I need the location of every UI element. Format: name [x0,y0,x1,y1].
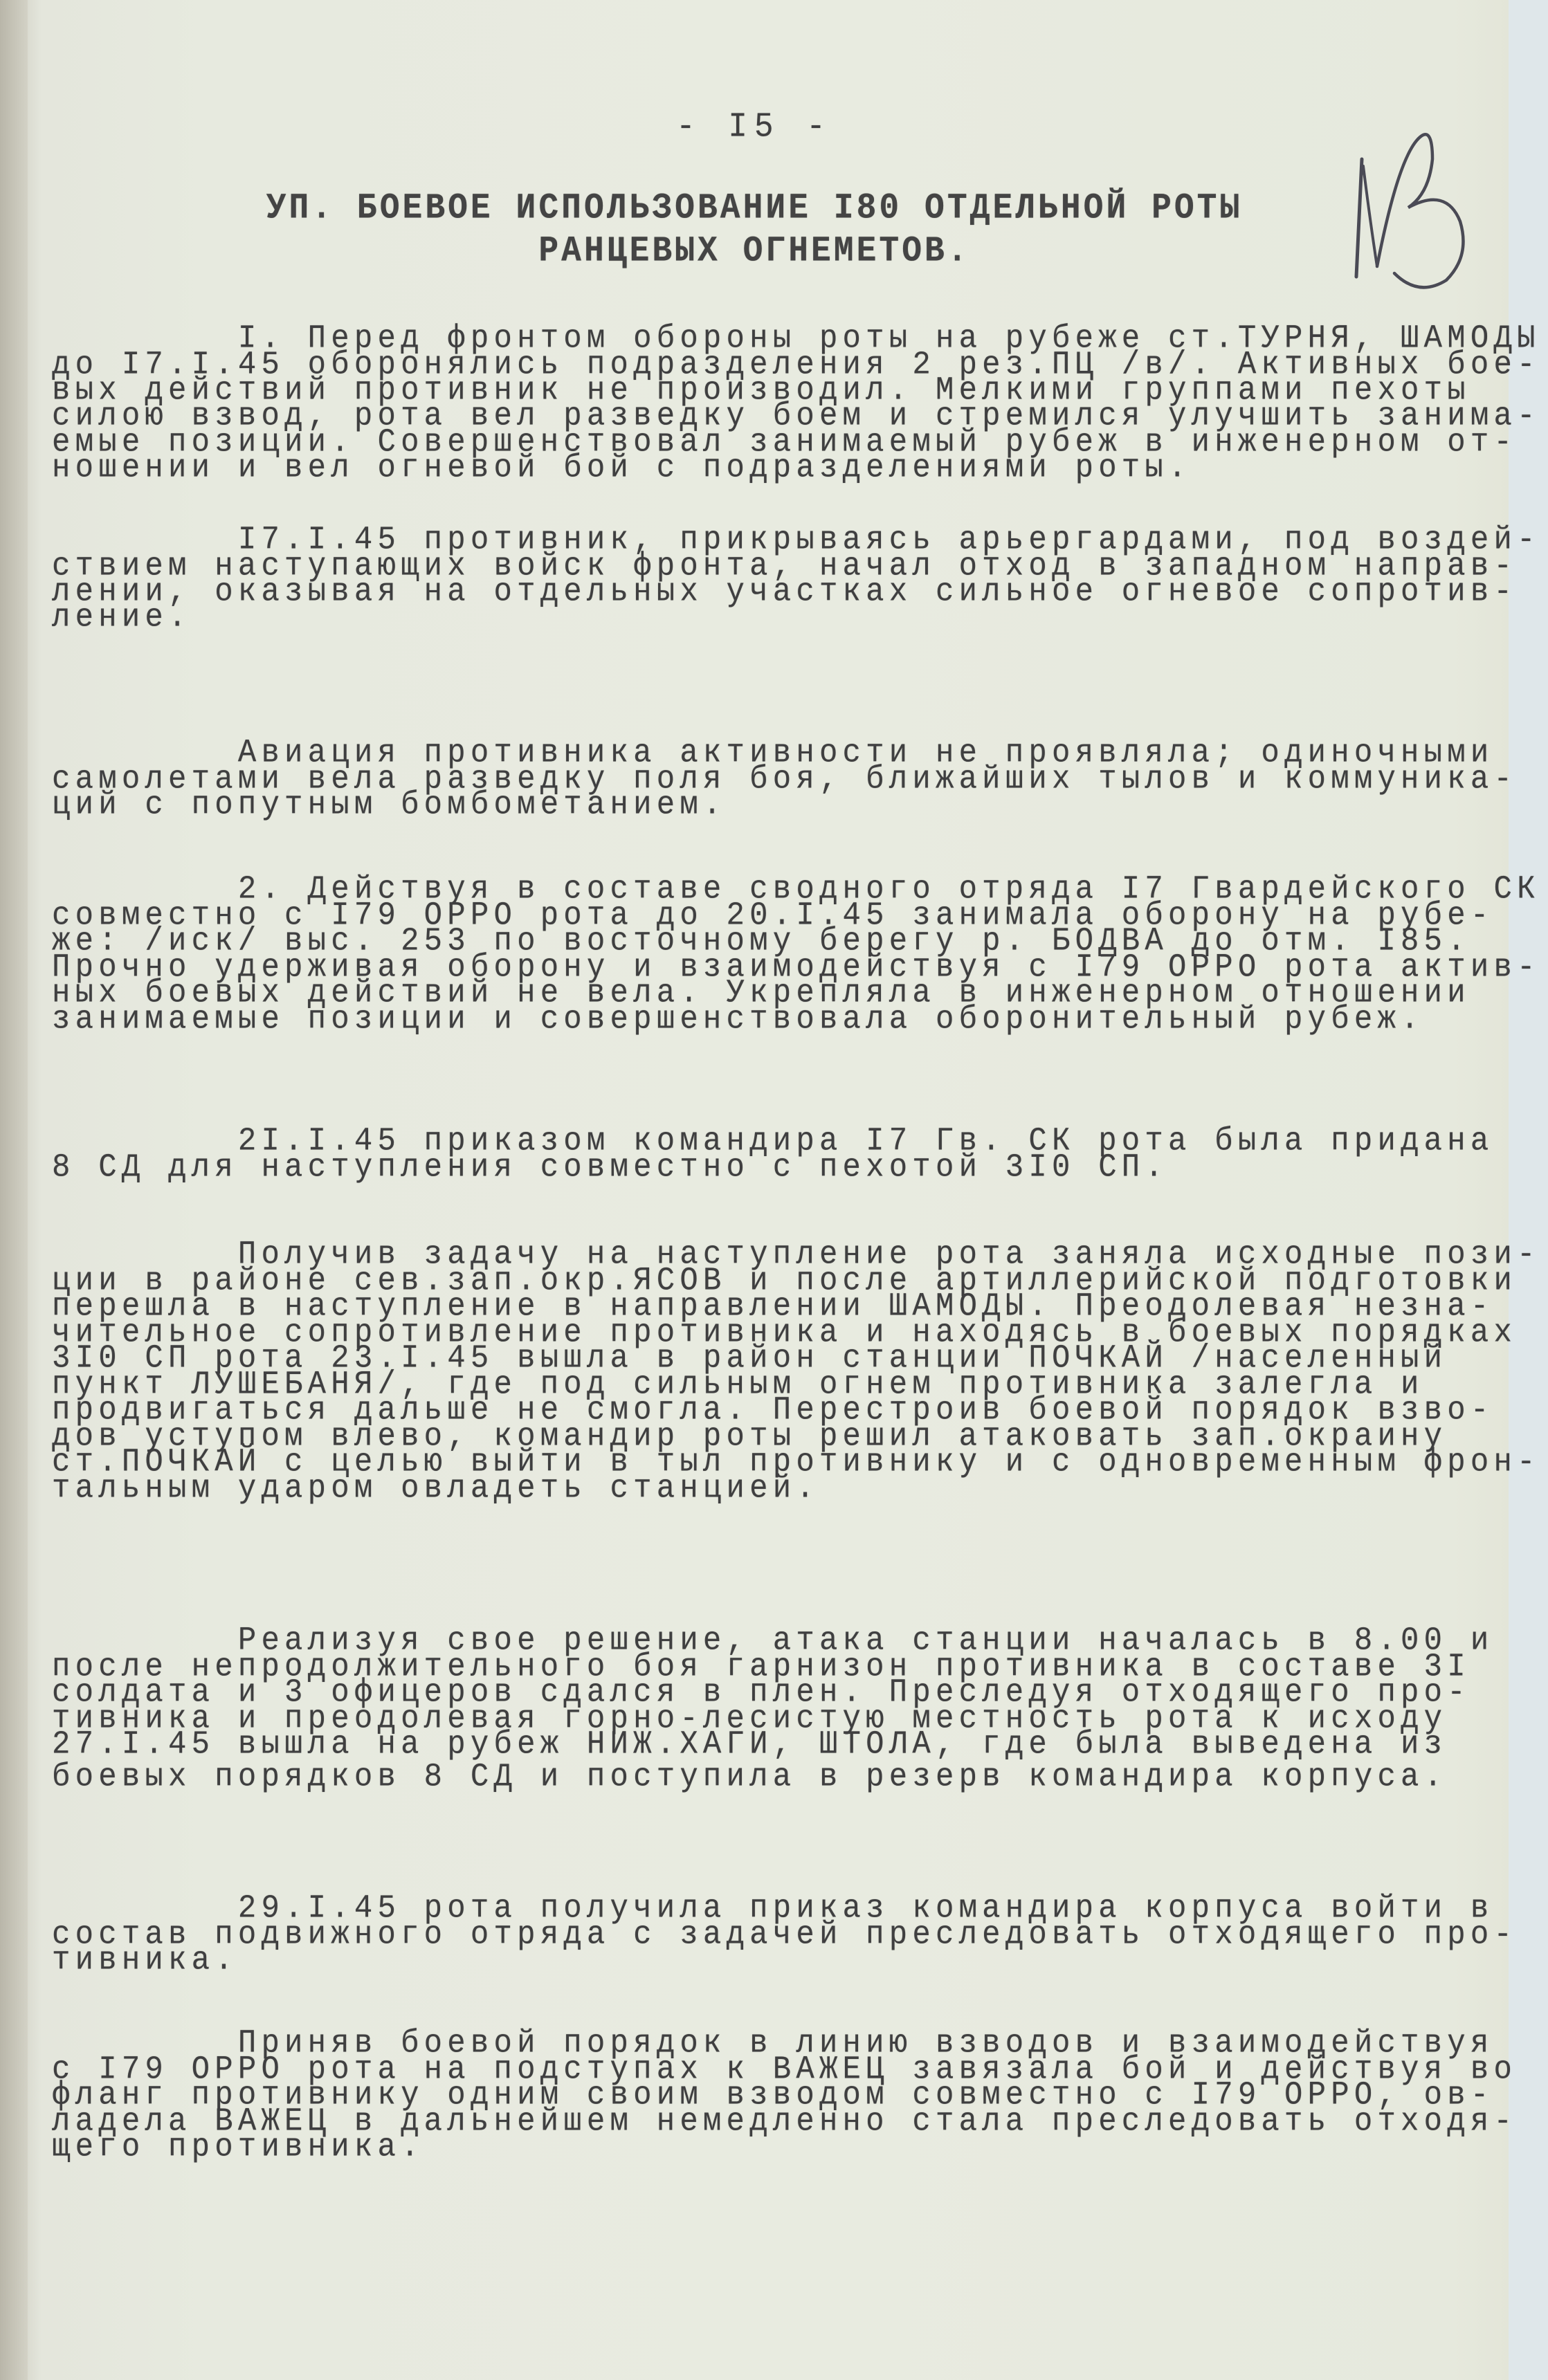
paragraph-7-line-6: боевых порядков 8 СД и поступила в резер… [52,1761,1447,1794]
paragraph-9-line-5: щего противника. [52,2131,424,2164]
paragraph-8-line-3: тивника. [52,1944,238,1977]
paragraph-5-line-2: 8 СД для наступления совместно с пехотой… [52,1151,1168,1184]
binding-edge [0,0,28,2380]
paragraph-4-line-6: занимаемые позиции и совершенствовала об… [52,1003,1424,1036]
paragraph-2-line-3: лении, оказывая на отдельных участках си… [52,576,1517,609]
paragraph-1-line-6: ношении и вел огневой бой с подразделени… [52,452,1192,485]
page-number: - I5 - [0,111,1509,144]
section-heading-line-1: УП. БОЕВОЕ ИСПОЛЬЗОВАНИЕ I80 ОТДЕЛЬНОЙ Р… [0,192,1509,226]
paragraph-8-line-2: состав подвижного отряда с задачей пресл… [52,1919,1517,1952]
paragraph-7-line-5: 27.I.45 вышла на рубеж НИЖ.ХАГИ, ШТОЛА, … [52,1728,1447,1761]
paragraph-2-line-4: ление. [52,601,192,634]
paragraph-3-line-3: ций с попутным бомбометанием. [52,789,727,822]
paragraph-6-line-10: тальным ударом овладеть станцией. [52,1472,819,1505]
document-page: - I5 - УП. БОЕВОЕ ИСПОЛЬЗОВАНИЕ I80 ОТДЕ… [0,0,1509,2380]
section-heading-line-2: РАНЦЕВЫХ ОГНЕМЕТОВ. [0,235,1509,268]
